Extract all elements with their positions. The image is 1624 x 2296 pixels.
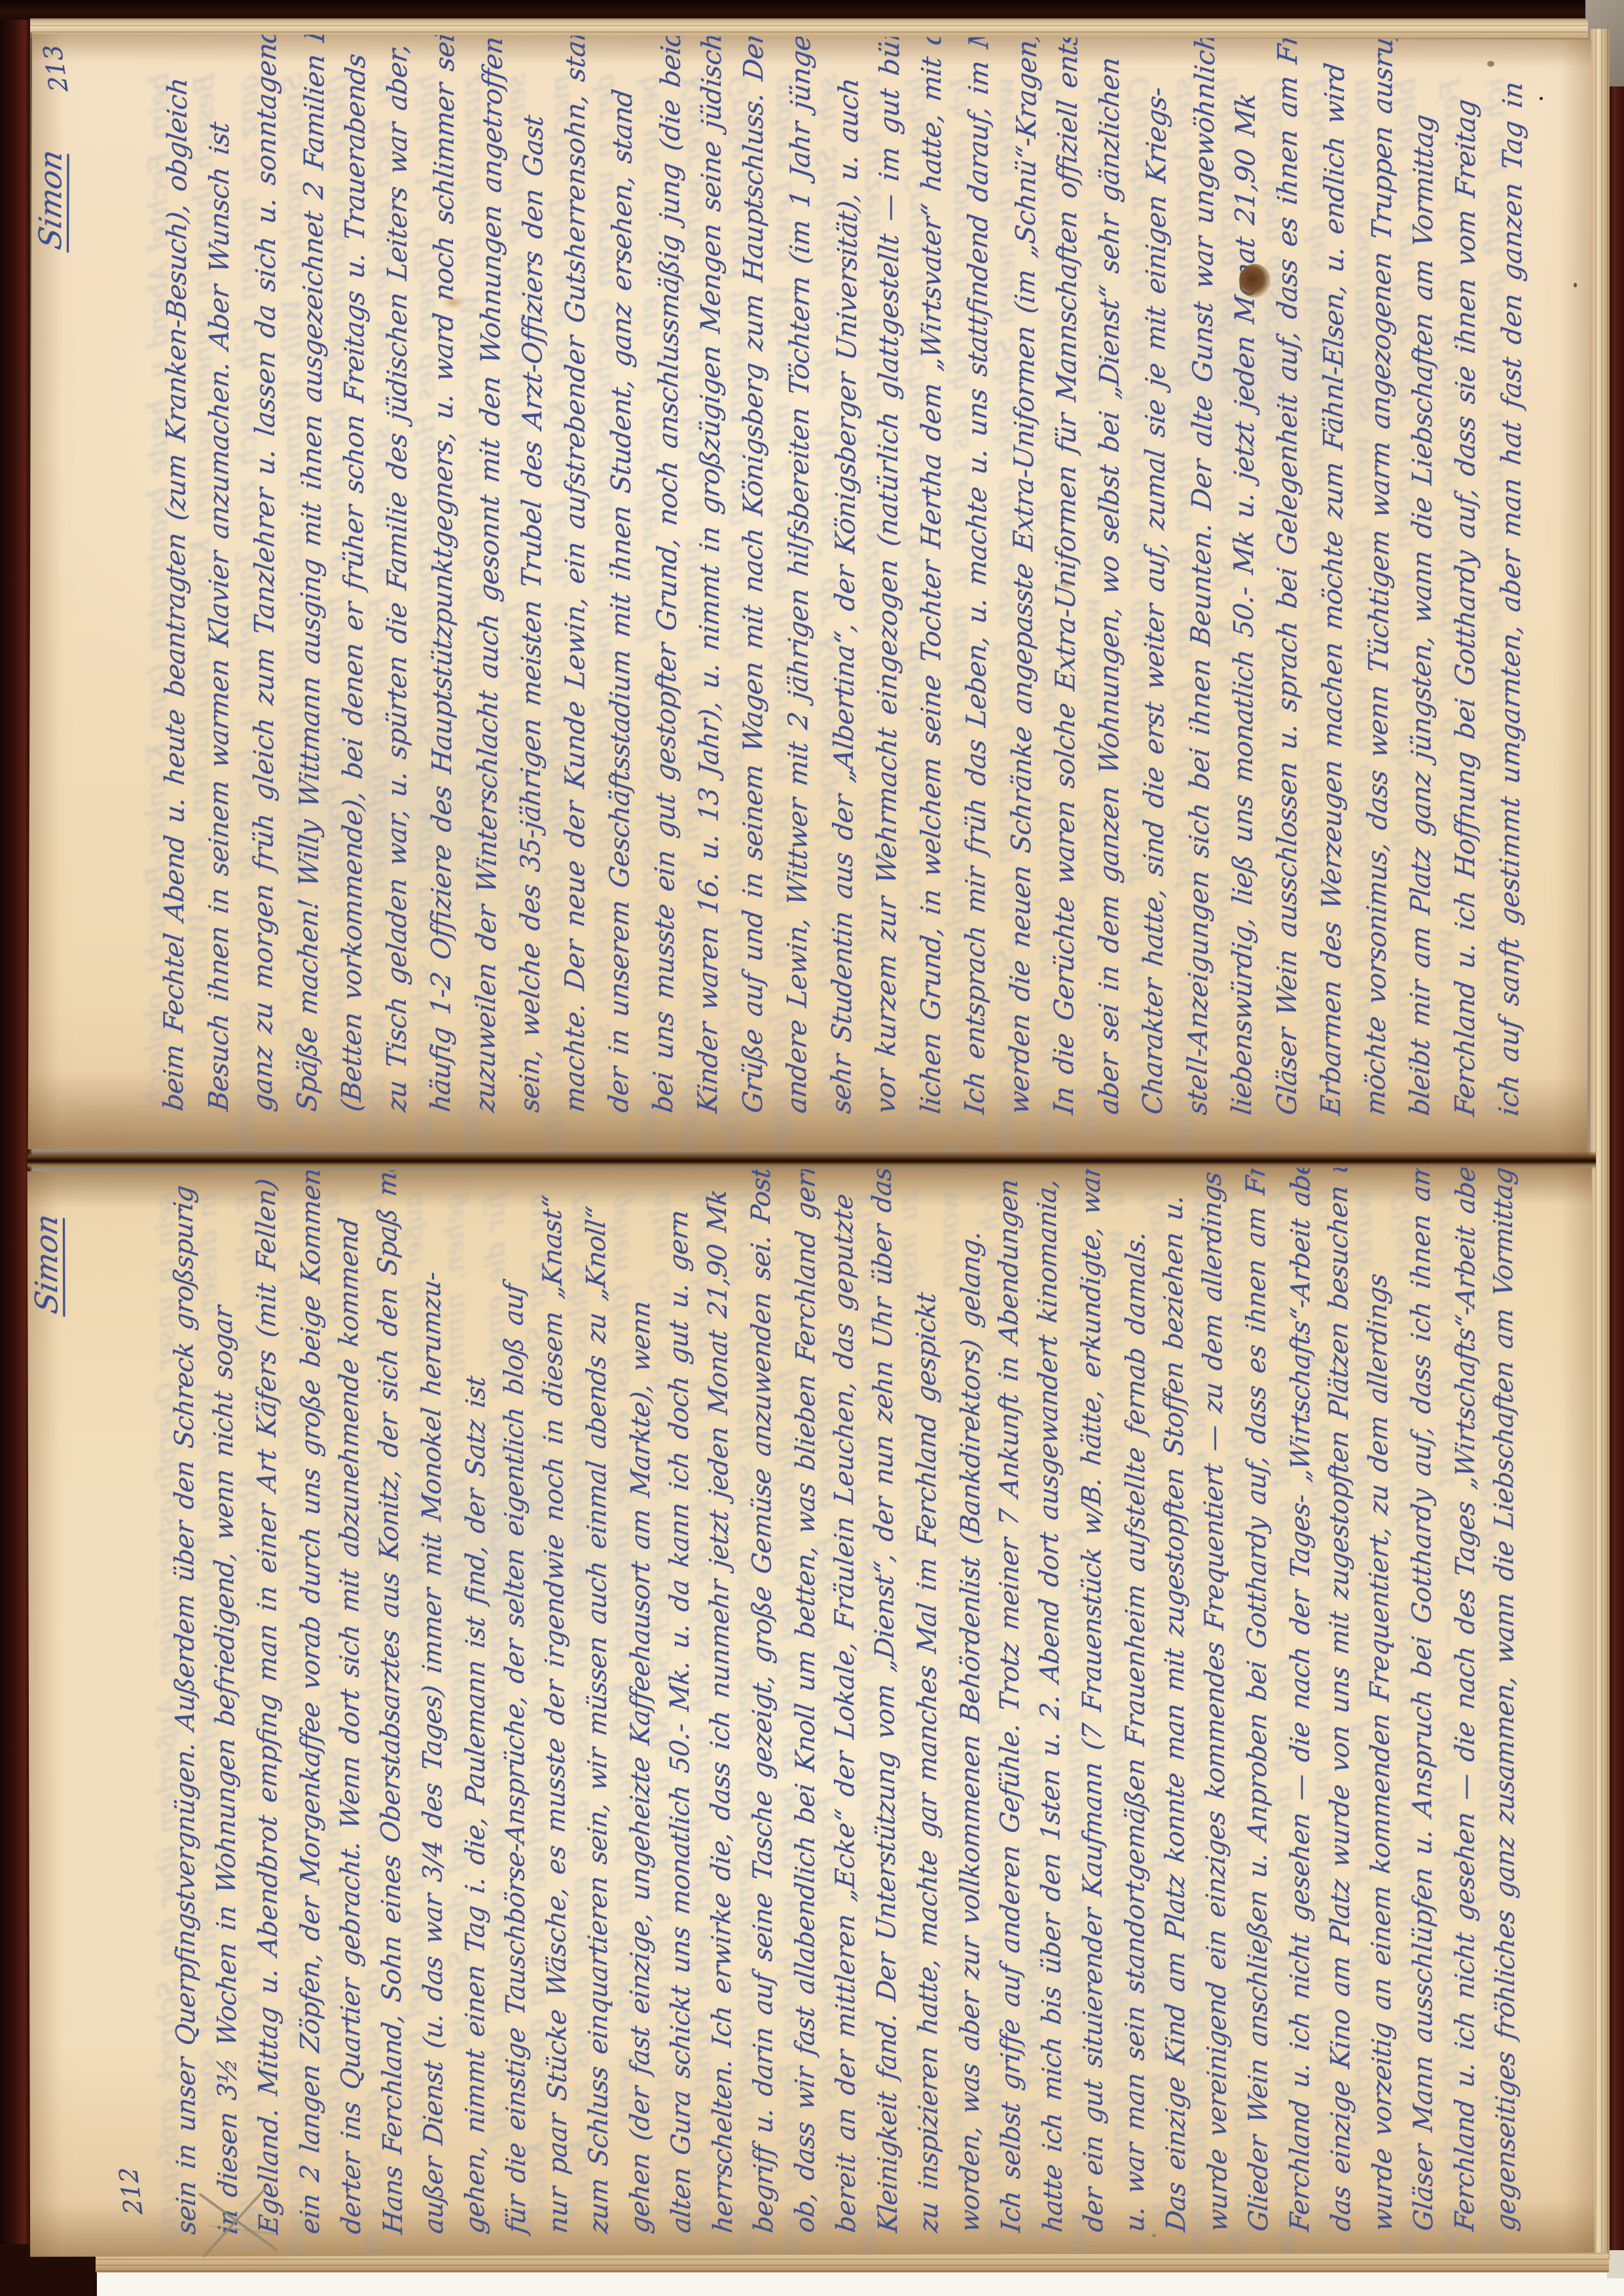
handwriting-line: liebenswürdig, ließ uns monatlich 50.- M… [1219, 64, 1268, 1118]
handwriting-line: nur paar Stücke Wäsche, es musste der ir… [532, 1199, 579, 2236]
handwriting-line: ganz zu morgen früh gleich zum Tanzlehre… [240, 61, 289, 1114]
handwriting-line: bleibt mir am Platz ganz jüngsten, wann … [1398, 65, 1446, 1118]
handwriting-line: bereit an der mittleren „Ecke“ der Lokal… [823, 1198, 867, 2235]
paper-speck [1540, 97, 1543, 100]
rust-stain [442, 296, 465, 309]
handwriting-line: herrschelten. Ich erwirke die, dass ich … [697, 1198, 744, 2235]
handwriting-line: zuzuweilen der Winterschlacht auch geson… [463, 62, 515, 1114]
handwriting-line: Besuch ihnen in seinem warmen Klavier an… [196, 60, 242, 1114]
handwriting-line: gegenseitiges fröhliches ganz zusammen, … [1483, 1196, 1527, 2233]
handwriting-line: Hans Ferchland, Sohn eines Oberstabsarzt… [367, 1199, 414, 2236]
signature: Simon [29, 33, 69, 1153]
diary-page-212: sein in unser Querpfingstvergnügen. Auße… [27, 1167, 1595, 2257]
handwriting-line: beim Fechtel Abend u. heute beantragten … [151, 60, 200, 1114]
ink-blot [1239, 264, 1271, 298]
handwriting-line: Ich selbst griffe auf anderen Gefühle. T… [988, 1197, 1032, 2234]
handwriting-line: Erbarmen des Werzeugen machen möchte zum… [1308, 65, 1357, 1118]
handwriting-line: der ein gut situierender Kaufmann (7 Fra… [1071, 1197, 1115, 2234]
handwriting-line: das einzige Kino am Platz wurde von uns … [1318, 1197, 1362, 2234]
handwriting-line: Charakter hatte, sind die erst weiter au… [1130, 64, 1179, 1118]
handwriting-line: worden, was aber zur vollkommenen Behörd… [950, 1198, 992, 2234]
paper-speck [1574, 283, 1577, 287]
handwriting-line: Glieder Wein anschließen u. Anproben bei… [1236, 1197, 1280, 2234]
handwriting-line: machte. Der neue der Kunde Lewin, ein au… [552, 62, 598, 1115]
handwriting-line: vor kurzem zur Wehrmacht eingezogen (nat… [863, 63, 912, 1116]
handwriting-line: lichen Grund, in welchem seine Tochter H… [909, 63, 954, 1116]
handwriting-line: (Betten vorkommende), bei denen er frühe… [329, 61, 378, 1114]
handwriting-line: möchte vorsonimus, dass wenn Tüchtigem w… [1353, 65, 1405, 1118]
handwriting-line: ob, dass wir fast allabendlich bei Knoll… [785, 1199, 827, 2235]
handwriting-line: für die einstige Tauschbörse-Ansprüche, … [494, 1199, 537, 2236]
diary-page-213: beim Fechtel Abend u. heute beantragten … [28, 33, 1592, 1155]
handwriting-line: gehen (der fast einzige, ungeheizte Kaff… [620, 1199, 662, 2235]
handwriting-line: Ferchland u. ich nicht gesehen — die nac… [1280, 1197, 1322, 2234]
handwriting-line: In die Gerüchte waren solche Extra-Unifo… [1041, 64, 1090, 1117]
handwriting-line: Ferchland u. ich Hoffnung bei Gotthardy … [1443, 65, 1488, 1118]
handwriting-line: werden die neuen Schränke angepasste Ext… [997, 64, 1049, 1117]
scanned-diary-page-spread: beim Fechtel Abend u. heute beantragten … [0, 0, 1624, 2296]
handwriting-line: sein, welche des 35-jährigen meisten Tru… [507, 62, 556, 1115]
scanner-background-bottom [97, 2272, 1624, 2296]
handwriting-line: bei uns musste ein gut gestopfter Grund,… [641, 62, 693, 1115]
paper-speck [1152, 2234, 1156, 2237]
handwriting-line: zum Schluss einquartieren sein, wir müss… [576, 1199, 620, 2236]
handwriting-line: begriff u. darin auf seine Tasche gezeig… [741, 1198, 785, 2235]
book-cover-top-edge [0, 0, 1589, 20]
book-gutter-fold [27, 1151, 1596, 1169]
handwriting-line: häufig 1-2 Offiziere des Hauptstützpunkt… [418, 62, 467, 1115]
handwriting-line: sehr Studentin aus der „Albertina“, der … [819, 63, 871, 1116]
handwriting-line: hatte ich mich bis über den 1sten u. 2. … [1027, 1197, 1074, 2234]
handwriting-line: stell-Anzeigungen sich bei ihnen Beunten… [1175, 65, 1227, 1118]
handwriting-line: Gläser Wein ausschlossen u. sprach bei G… [1265, 64, 1310, 1118]
handwriting-line: in diesen 3½ Wochen in Wohnungen befried… [202, 1199, 249, 2236]
handwriting-line: sein in unser Querpfingstvergnügen. Auße… [164, 1200, 208, 2237]
handwriting-line: gehen, nimmt einen Tag i. die, Paulemann… [455, 1199, 497, 2236]
handwriting-line: derter ins Quartier gebracht. Wenn dort … [329, 1199, 372, 2236]
handwriting-line: Egelland. Mittag u. Abendbrot empfing ma… [246, 1199, 290, 2236]
handwriting-layer: 212 sein in unser Querpfingstvergnügen. … [27, 1167, 1595, 2257]
handwriting-line: der in unserem Geschäftsstadium mit ihne… [596, 62, 645, 1116]
handwriting-line: Grüße auf und in seinem Wagen mit nach K… [731, 62, 776, 1116]
book-cover-right-edge [1610, 84, 1624, 2278]
handwriting-line: ein 2 langen Zöpfen, der Morgenkaffee vo… [290, 1200, 332, 2236]
handwriting-line: Späße machen! Willy Wittmann ausging mit… [285, 61, 337, 1114]
handwriting-line: Kleinigkeit fand. Der Unterstützung vom … [862, 1198, 909, 2235]
handwriting-line: u. war man sein standortgemäßen Frauenhe… [1115, 1197, 1157, 2234]
small-stain [1059, 580, 1074, 589]
handwriting-line: zu inspizieren hatte, machte gar manches… [906, 1198, 950, 2235]
handwriting-line: aber sei in dem ganzen Wohnungen, wo sel… [1087, 64, 1132, 1117]
handwriting-line: wurde vorzeitig an einem kommenden Frequ… [1357, 1197, 1404, 2234]
handwriting-line: Kinder waren 16. u. 13 Jahr), u. nimmt i… [685, 62, 734, 1116]
handwriting-line: wurde vereinigend ein einziges kommendes… [1192, 1197, 1239, 2234]
handwriting-line: zu Tisch geladen war, u. spürten die Fam… [374, 61, 420, 1114]
handwriting-line: alten Gura schickt uns monatlich 50.- Mk… [659, 1199, 702, 2236]
pencil-x-mark [195, 2185, 284, 2260]
handwriting-line: außer Dienst (u. das war 3/4 des Tages) … [411, 1199, 455, 2236]
handwriting-line: Ferchland u. ich nicht gesehen — die nac… [1445, 1197, 1487, 2233]
handwriting-layer: 213 beim Fechtel Abend u. heute beantrag… [28, 33, 1592, 1155]
book-cover-left-edge [0, 0, 30, 2296]
signature: Simon [29, 1167, 67, 2257]
paper-speck [1487, 61, 1494, 67]
handwriting-line: Das einzige Kind am Platz konnte man mit… [1153, 1197, 1197, 2234]
handwriting-line: andere Lewin, Wittwer mit 2 jährigen hil… [774, 63, 823, 1116]
handwriting-line: ich auf sanft gestimmt umgarnten, aber m… [1487, 65, 1535, 1119]
handwriting-line: Gläser Mann ausschlüpfen u. Anspruch bei… [1401, 1197, 1445, 2234]
handwriting-line: Ich entsprach mir früh das Leben, u. mac… [952, 64, 1001, 1117]
